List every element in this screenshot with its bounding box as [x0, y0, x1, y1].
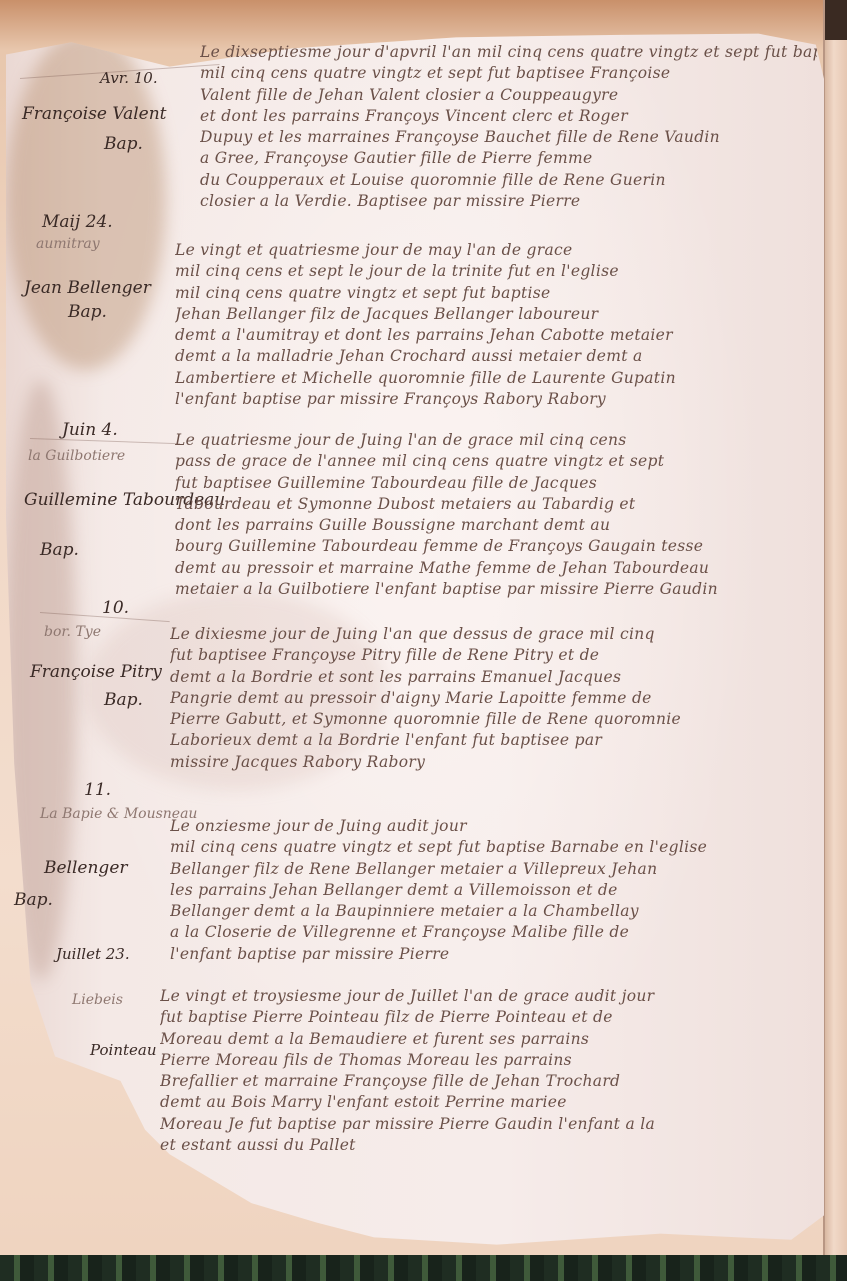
entry-line: demt au pressoir et marraine Mathe femme… — [175, 558, 817, 579]
entry-line: pass de grace de l'annee mil cinq cens q… — [175, 451, 817, 472]
entry-line: Le onziesme jour de Juing audit jour — [170, 816, 817, 837]
entry-line: bourg Guillemine Tabourdeau femme de Fra… — [175, 536, 817, 557]
entry-line: mil cinq cens quatre vingtz et sept fut … — [200, 63, 817, 84]
entry-line: fut baptisee Françoyse Pitry fille de Re… — [170, 645, 817, 666]
entry-line: Le quatriesme jour de Juing l'an de grac… — [175, 430, 817, 451]
margin-place-6: Liebeis — [72, 990, 123, 1010]
entry-line: metaier a la Guilbotiere l'enfant baptis… — [175, 579, 817, 600]
entry-line: l'enfant baptise par missire Pierre — [170, 944, 817, 965]
entry-line: Tabourdeau et Symonne Dubost metaiers au… — [175, 494, 817, 515]
entry-line: fut baptisee Guillemine Tabourdeau fille… — [175, 473, 817, 494]
entry-line: demt a la Bordrie et sont les parrains E… — [170, 667, 817, 688]
margin-bap-5: Bap. — [14, 890, 53, 910]
entry-line: du Coupperaux et Louise quoromnie fille … — [200, 170, 817, 191]
entry-line: Le vingt et quatriesme jour de may l'an … — [175, 240, 817, 261]
entry-line: Lambertiere et Michelle quoromnie fille … — [175, 368, 817, 389]
margin-name-2: Jean Bellenger — [24, 278, 151, 298]
margin-date-3: Juin 4. — [62, 420, 118, 440]
entry-line: demt a la malladrie Jehan Crochard aussi… — [175, 346, 817, 367]
entry-line: a la Closerie de Villegrenne et Françoys… — [170, 922, 817, 943]
baptism-entry-1: Le dixseptiesme jour d'apvril l'an mil c… — [200, 42, 817, 212]
entry-line: Moreau Je fut baptise par missire Pierre… — [160, 1114, 817, 1135]
entry-line: Laborieux demt a la Bordrie l'enfant fut… — [170, 730, 817, 751]
entry-line: Brefallier et marraine Françoyse fille d… — [160, 1071, 817, 1092]
entry-line: Moreau demt a la Bemaudiere et furent se… — [160, 1029, 817, 1050]
entry-line: dont les parrains Guille Boussigne march… — [175, 515, 817, 536]
entry-line: et dont les parrains Françoys Vincent cl… — [200, 106, 817, 127]
entry-line: Bellanger demt a la Baupinniere metaier … — [170, 901, 817, 922]
baptism-entry-2: Le vingt et quatriesme jour de may l'an … — [175, 240, 817, 410]
entry-line: a Gree, Françoyse Gautier fille de Pierr… — [200, 148, 817, 169]
baptism-entry-3: Le quatriesme jour de Juing l'an de grac… — [175, 430, 817, 600]
margin-place-2: aumitray — [36, 234, 100, 254]
margin-name-5: Bellenger — [44, 858, 128, 878]
margin-place-3: la Guilbotiere — [28, 446, 125, 466]
margin-bap-1: Bap. — [104, 134, 143, 154]
entry-line: demt au Bois Marry l'enfant estoit Perri… — [160, 1092, 817, 1113]
margin-bap-3: Bap. — [40, 540, 79, 560]
table-surface — [0, 1255, 847, 1281]
baptism-entry-4: Le dixiesme jour de Juing l'an que dessu… — [170, 624, 817, 773]
margin-date-2: Maij 24. — [42, 212, 113, 232]
entry-line: Pierre Gabutt, et Symonne quoromnie fill… — [170, 709, 817, 730]
margin-date-6: Juillet 23. — [56, 944, 130, 964]
margin-bap-4: Bap. — [104, 690, 143, 710]
entry-line: Dupuy et les marraines Françoyse Bauchet… — [200, 127, 817, 148]
baptism-entry-6: Le vingt et troysiesme jour de Juillet l… — [160, 986, 817, 1156]
entry-line: Jehan Bellanger filz de Jacques Bellange… — [175, 304, 817, 325]
entry-line: mil cinq cens et sept le jour de la trin… — [175, 261, 817, 282]
entry-line: Pierre Moreau fils de Thomas Moreau les … — [160, 1050, 817, 1071]
entry-line: mil cinq cens quatre vingtz et sept fut … — [175, 283, 817, 304]
entry-line: Le vingt et troysiesme jour de Juillet l… — [160, 986, 817, 1007]
entry-line: missire Jacques Rabory Rabory — [170, 752, 817, 773]
entry-line: et estant aussi du Pallet — [160, 1135, 817, 1156]
entry-line: Valent fille de Jehan Valent closier a C… — [200, 85, 817, 106]
margin-bap-2: Bap. — [68, 302, 107, 322]
entry-line: l'enfant baptise par missire Françoys Ra… — [175, 389, 817, 410]
entry-line: closier a la Verdie. Baptisee par missir… — [200, 191, 817, 212]
margin-date-4: 10. — [102, 598, 129, 618]
margin-name-6: Pointeau — [90, 1040, 156, 1060]
margin-place-4: bor. Tye — [44, 622, 101, 642]
entry-line: Le dixiesme jour de Juing l'an que dessu… — [170, 624, 817, 645]
baptism-entry-5: Le onziesme jour de Juing audit jour mil… — [170, 816, 817, 965]
entry-line: mil cinq cens quatre vingtz et sept fut … — [170, 837, 817, 858]
binding-edge — [823, 0, 847, 1255]
entry-line: demt a l'aumitray et dont les parrains J… — [175, 325, 817, 346]
entry-line: Pangrie demt au pressoir d'aigny Marie L… — [170, 688, 817, 709]
entry-line: Le dixseptiesme jour d'apvril l'an mil c… — [200, 42, 817, 63]
entry-line: les parrains Jehan Bellanger demt a Vill… — [170, 880, 817, 901]
margin-date-5: 11. — [84, 780, 111, 800]
margin-name-4: Françoise Pitry — [30, 662, 162, 682]
entry-line: Bellanger filz de Rene Bellanger metaier… — [170, 859, 817, 880]
entry-line: fut baptise Pierre Pointeau filz de Pier… — [160, 1007, 817, 1028]
margin-name-1: Françoise Valent — [22, 104, 167, 124]
